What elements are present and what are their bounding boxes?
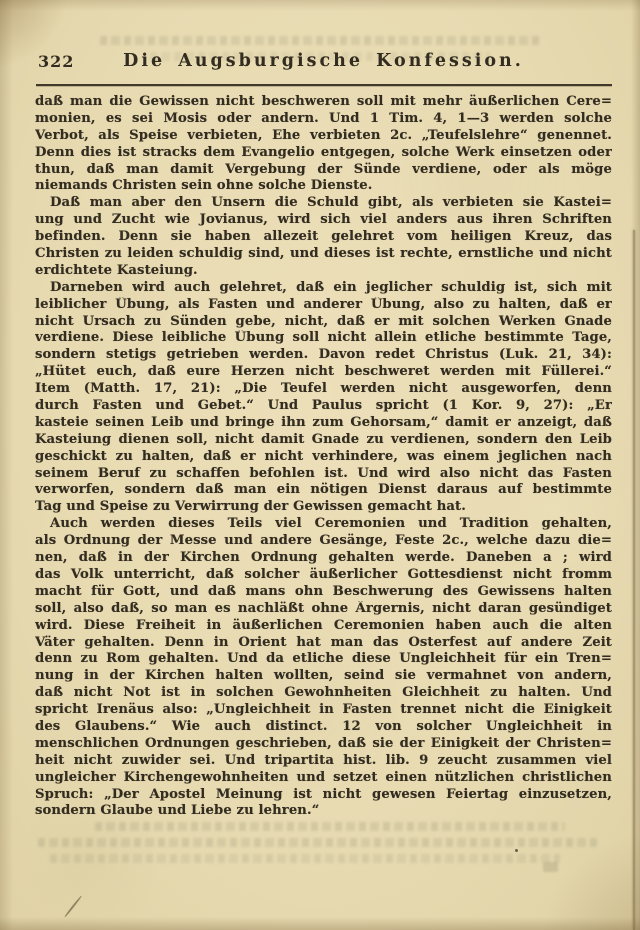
header-rule (36, 84, 612, 86)
bleedthrough-ghost (95, 822, 565, 831)
text-line: leiblicher Übung, als Fasten und anderer… (35, 297, 612, 314)
bleedthrough-ghost (100, 36, 540, 45)
text-line: durch Fasten und Gebet.“ Und Paulus spri… (35, 398, 612, 415)
text-line: daß nicht Not ist in solchen Gewohnheite… (35, 685, 612, 702)
body-text: daß man die Gewissen nicht beschweren so… (35, 94, 612, 820)
text-line: seinem Beruf zu schaffen befohlen ist. U… (35, 466, 612, 483)
text-line: Väter gehalten. Denn in Orient hat man d… (35, 635, 612, 652)
text-line: macht für Gott, und daß mans ohn Beschwe… (35, 584, 612, 601)
text-line: daß man die Gewissen nicht beschweren so… (35, 94, 612, 111)
text-line: „Hütet euch, daß eure Herzen nicht besch… (35, 364, 612, 381)
text-line: befinden. Denn sie haben allezeit gelehr… (35, 229, 612, 246)
text-line: monien, es sei Mosis oder andern. Und 1 … (35, 111, 612, 128)
bleedthrough-ghost (50, 854, 560, 863)
text-line: geschickt zu halten, daß er nicht verhin… (35, 449, 612, 466)
text-line: spricht Irenäus also: „Ungleichheit in F… (35, 702, 612, 719)
page-title: Die Augsburgische Konfession. (35, 51, 612, 71)
hair-scratch-artifact (64, 895, 82, 918)
text-line: heit nicht zuwider sei. Und tripartita h… (35, 753, 612, 770)
text-line: Auch werden dieses Teils viel Ceremonien… (35, 516, 612, 533)
paragraph: Darneben wird auch gelehret, daß ein jeg… (35, 280, 612, 516)
text-line: nen, daß in der Kirchen Ordnung gehalten… (35, 550, 612, 567)
text-line: verworfen, sondern daß man ein nötigen D… (35, 482, 612, 499)
text-line: erdichtete Kasteiung. (35, 263, 612, 280)
text-line: als Ordnung der Messe und andere Gesänge… (35, 533, 612, 550)
text-line: ung und Zucht wie Jovianus, wird sich vi… (35, 212, 612, 229)
bleedthrough-ghost (543, 862, 558, 872)
paragraph: daß man die Gewissen nicht beschweren so… (35, 94, 612, 195)
text-line: sondern Glaube und Liebe zu lehren.“ (35, 803, 612, 820)
text-line: Spruch: „Der Apostel Meinung ist nicht g… (35, 787, 612, 804)
text-line: nicht Ursach zu Sünden gebe, nicht, daß … (35, 314, 612, 331)
text-line: menschlichen Ordnungen geschrieben, daß … (35, 736, 612, 753)
text-line: thun, daß man damit Vergebung der Sünde … (35, 162, 612, 179)
bleedthrough-ghost (38, 838, 598, 847)
text-line: niemands Christen sein ohne solche Diens… (35, 178, 612, 195)
paragraph: Daß man aber den Unsern die Schuld gibt,… (35, 195, 612, 279)
running-head: 322 Die Augsburgische Konfession. (35, 50, 612, 76)
book-page-scan: 322 Die Augsburgische Konfession. daß ma… (0, 0, 640, 930)
text-line: Denn dies ist stracks dem Evangelio entg… (35, 145, 612, 162)
text-line: denn zu Rom gehalten. Und da etliche die… (35, 651, 612, 668)
text-line: Verbot, als Speise verbieten, Ehe verbie… (35, 128, 612, 145)
text-line: verdiene. Diese leibliche Übung soll nic… (35, 330, 612, 347)
text-line: Tag und Speise zu Verwirrung der Gewisse… (35, 499, 612, 516)
text-line: Christen zu leiden schuldig sind, und di… (35, 246, 612, 263)
text-line: ungleicher Kirchengewohnheiten und setze… (35, 770, 612, 787)
ink-speck-artifact (515, 849, 518, 852)
text-line: Darneben wird auch gelehret, daß ein jeg… (35, 280, 612, 297)
text-line: nung in der Kirchen halten wollten, sein… (35, 668, 612, 685)
text-line: soll, also daß, so man es nachläßt ohne … (35, 601, 612, 618)
text-line: sondern stetigs getrieben werden. Davon … (35, 347, 612, 364)
text-line: Item (Matth. 17, 21): „Die Teufel werden… (35, 381, 612, 398)
text-line: wird. Diese Freiheit in äußerlichen Cere… (35, 618, 612, 635)
paragraph: Auch werden dieses Teils viel Ceremonien… (35, 516, 612, 820)
text-line: Daß man aber den Unsern die Schuld gibt,… (35, 195, 612, 212)
text-line: des Glaubens.“ Wie auch distinct. 12 von… (35, 719, 612, 736)
text-line: das Volk unterricht, daß solcher äußerli… (35, 567, 612, 584)
text-line: kasteie seinen Leib und bringe ihn zum G… (35, 415, 612, 432)
page-edge-shadow (633, 230, 635, 930)
text-line: Kasteiung dienen soll, nicht damit Gnade… (35, 432, 612, 449)
